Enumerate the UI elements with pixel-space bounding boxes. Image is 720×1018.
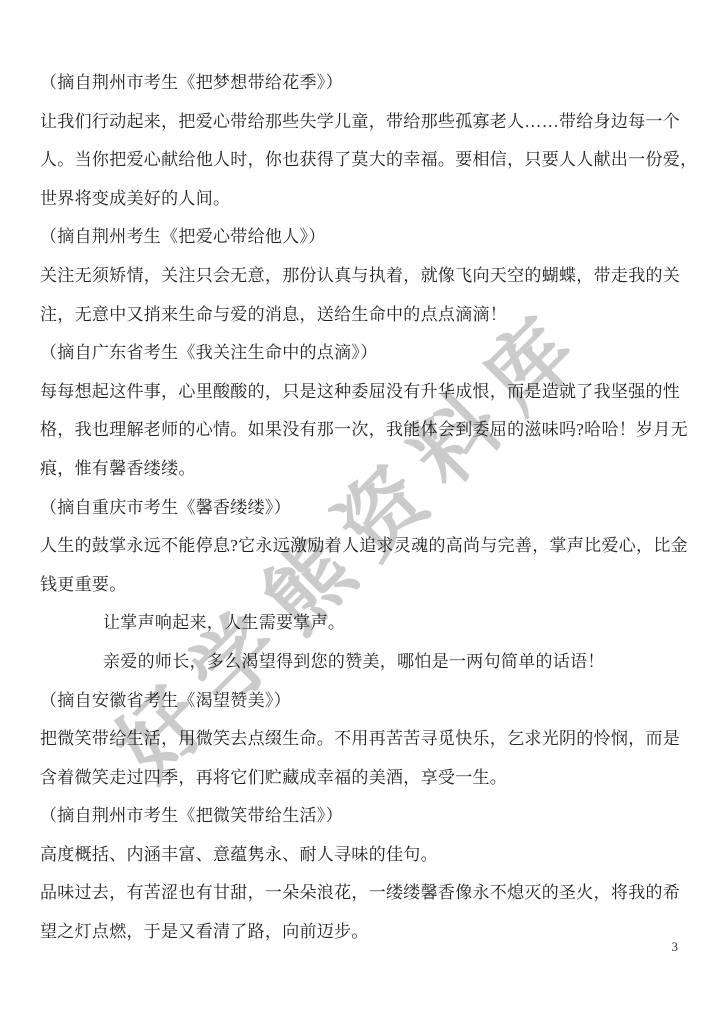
text-line: （摘自荆州考生《把爱心带给他人》） — [40, 218, 682, 257]
text-line: 把微笑带给生活，用微笑去点缀生命。不用再苦苦寻觅快乐，乞求光阴的怜悯，而是 — [40, 720, 682, 759]
text-line: 每每想起这件事，心里酸酸的，只是这种委屈没有升华成恨，而是造就了我坚强的性 — [40, 373, 682, 412]
text-line: （摘自安徽省考生《渴望赞美》） — [40, 682, 682, 721]
text-line: 关注无须矫情，关注只会无意，那份认真与执着，就像飞向天空的蝴蝶，带走我的关 — [40, 257, 682, 296]
document-text-block: （摘自荆州市考生《把梦想带给花季》）让我们行动起来，把爱心带给那些失学儿童，带给… — [40, 64, 682, 952]
text-line: 高度概括、内涵丰富、意蕴隽永、耐人寻味的佳句。 — [40, 836, 682, 875]
text-line: （摘自荆州市考生《把梦想带给花季》） — [40, 64, 682, 103]
page-number: 3 — [672, 939, 679, 955]
text-line: 注，无意中又捎来生命与爱的消息，送给生命中的点点滴滴！ — [40, 296, 682, 335]
text-line: （摘自重庆市考生《馨香缕缕》） — [40, 489, 682, 528]
text-line: （摘自荆州市考生《把微笑带给生活》） — [40, 797, 682, 836]
text-line: 钱更重要。 — [40, 566, 682, 605]
text-line: 人。当你把爱心献给他人时，你也获得了莫大的幸福。要相信，只要人人献出一份爱， — [40, 141, 682, 180]
text-line: 让掌声响起来，人生需要掌声。 — [40, 604, 682, 643]
document-page: 好学熊资料库 （摘自荆州市考生《把梦想带给花季》）让我们行动起来，把爱心带给那些… — [0, 0, 720, 1018]
text-line: （摘自广东省考生《我关注生命中的点滴》） — [40, 334, 682, 373]
text-line: 亲爱的师长，多么渴望得到您的赞美，哪怕是一两句简单的话语！ — [40, 643, 682, 682]
text-line: 痕，惟有馨香缕缕。 — [40, 450, 682, 489]
text-line: 格，我也理解老师的心情。如果没有那一次，我能体会到委屈的滋味吗?哈哈！岁月无 — [40, 411, 682, 450]
text-line: 含着微笑走过四季，再将它们贮藏成幸福的美酒，享受一生。 — [40, 759, 682, 798]
text-line: 人生的鼓掌永远不能停息?它永远激励着人追求灵魂的高尚与完善，掌声比爱心，比金 — [40, 527, 682, 566]
text-line: 望之灯点燃，于是又看清了路，向前迈步。 — [40, 913, 682, 952]
text-line: 世界将变成美好的人间。 — [40, 180, 682, 219]
text-line: 让我们行动起来，把爱心带给那些失学儿童，带给那些孤寡老人……带给身边每一个 — [40, 103, 682, 142]
text-line: 品味过去，有苦涩也有甘甜，一朵朵浪花，一缕缕馨香像永不熄灭的圣火，将我的希 — [40, 874, 682, 913]
